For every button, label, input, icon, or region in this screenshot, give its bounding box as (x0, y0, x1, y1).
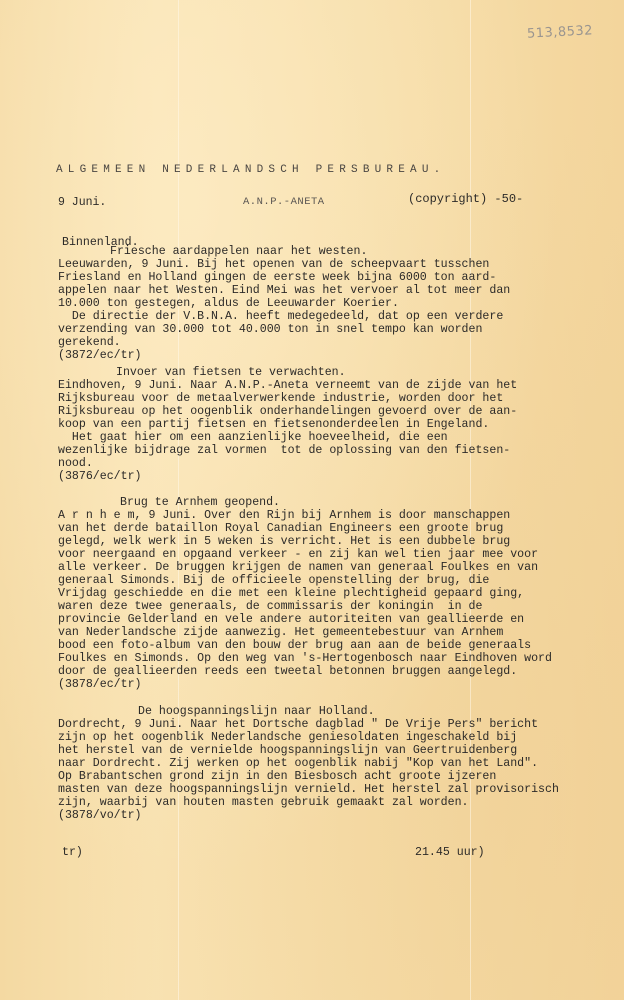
header-title: ALGEMEEN NEDERLANDSCH PERSBUREAU. (56, 164, 445, 177)
article-body: Leeuwarden, 9 Juni. Bij het openen van d… (58, 258, 618, 349)
article-title: De hoogspanningslijn naar Holland. (138, 705, 624, 718)
article-title: Invoer van fietsen te verwachten. (116, 366, 624, 379)
article-body: Eindhoven, 9 Juni. Naar A.N.P.-Aneta ver… (58, 379, 618, 470)
archive-number: 513,8532 (527, 23, 594, 41)
article-brug-arnhem: Brug te Arnhem geopend. A r n h e m, 9 J… (58, 496, 618, 691)
agency-name: A.N.P.-ANETA (243, 196, 325, 209)
article-title: Brug te Arnhem geopend. (120, 496, 624, 509)
article-title: Friesche aardappelen naar het westen. (110, 245, 624, 258)
dateline: 9 Juni. (58, 196, 106, 209)
copyright-page-number: (copyright) -50- (408, 193, 523, 206)
article-reference: (3872/ec/tr) (58, 349, 618, 362)
footer-time: 21.45 uur) (415, 846, 485, 859)
footer-initials: tr) (62, 846, 83, 859)
article-reference: (3876/ec/tr) (58, 470, 618, 483)
article-hoogspanningslijn: De hoogspanningslijn naar Holland. Dordr… (58, 705, 618, 822)
article-body: A r n h e m, 9 Juni. Over den Rijn bij A… (58, 509, 618, 678)
article-reference: (3878/ec/tr) (58, 678, 618, 691)
article-reference: (3878/vo/tr) (58, 809, 618, 822)
article-fietsen: Invoer van fietsen te verwachten. Eindho… (58, 366, 618, 483)
article-aardappelen: Friesche aardappelen naar het westen. Le… (58, 245, 618, 362)
article-body: Dordrecht, 9 Juni. Naar het Dortsche dag… (58, 718, 618, 809)
